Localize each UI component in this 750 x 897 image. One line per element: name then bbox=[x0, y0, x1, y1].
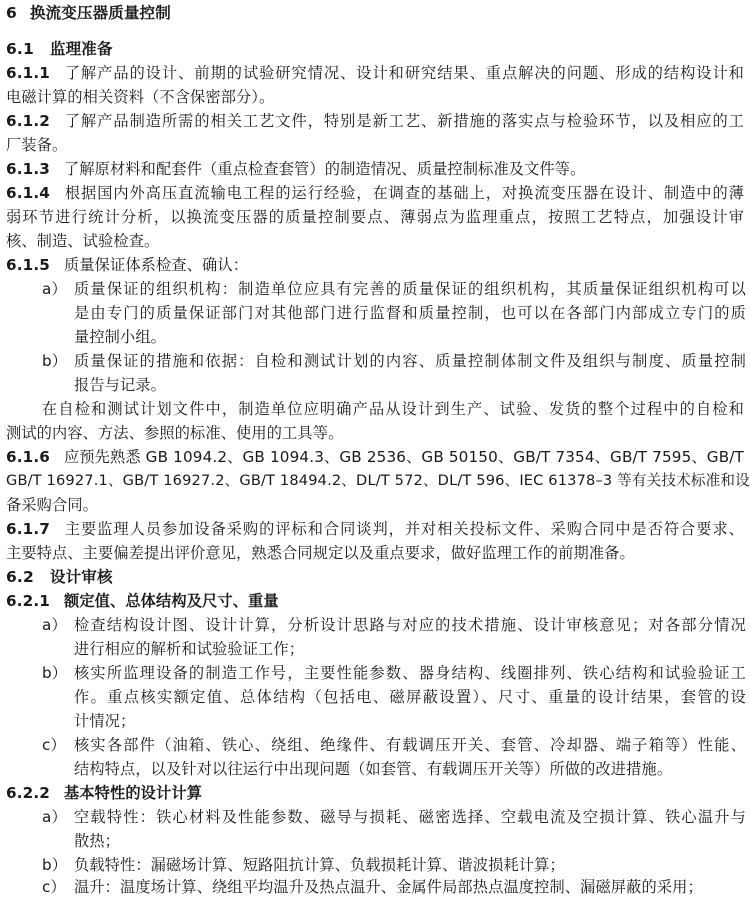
clause-6-2-1-heading: 6.2.1额定值、总体结构及尺寸、重量 bbox=[6, 590, 744, 612]
clause-number: 6.1.6 bbox=[6, 446, 64, 468]
section-number: 6 bbox=[6, 2, 30, 24]
clause-6-1-4-line-2: 弱环节进行统计分析，以换流变压器的质量控制要点、薄弱点为监理重点，按照工艺特点，… bbox=[6, 206, 744, 228]
list-label: b） bbox=[42, 662, 72, 684]
clause-6-1-2-line-1: 6.1.2了解产品制造所需的相关工艺文件，特别是新工艺、新措施的落实点与检验环节… bbox=[6, 110, 744, 132]
paragraph-line-2: 测试的内容、方法、参照的标准、使用的工具等。 bbox=[6, 422, 744, 444]
clause-number: 6.1.1 bbox=[6, 62, 64, 84]
clause-number: 6.1.7 bbox=[6, 518, 64, 540]
list-label: a） bbox=[42, 806, 72, 828]
clause-number: 6.2.1 bbox=[6, 590, 64, 612]
clause-text: 质量保证体系检查、确认： bbox=[64, 256, 248, 274]
list-item-a-line-2: 散热； bbox=[74, 830, 746, 852]
list-item-a-line-3: 量控制小组。 bbox=[74, 326, 746, 348]
list-label: c） bbox=[42, 734, 72, 756]
list-item-b-line-2: 作。重点核实额定值、总体结构（包括电、磁屏蔽设置）、尺寸、重量的设计结果，套管的… bbox=[74, 686, 746, 708]
clause-text: 根据国内外高压直流输电工程的运行经验，在调查的基础上，对换流变压器在设计、制造中… bbox=[64, 184, 744, 202]
clause-6-1-2-line-2: 厂装备。 bbox=[6, 134, 744, 156]
clause-6-1-6-line-2: GB/T 16927.1、GB/T 16927.2、GB/T 18494.2、D… bbox=[6, 470, 744, 492]
section-title: 监理准备 bbox=[50, 40, 113, 58]
clause-text: 主要监理人员参加设备采购的评标和合同谈判，并对相关投标文件、采购合同中是否符合要… bbox=[64, 520, 744, 538]
clause-6-1-1-line-2: 电磁计算的相关资料（不含保密部分）。 bbox=[6, 86, 744, 108]
list-item-b-line-1: 核实所监理设备的制造工作号，主要性能参数、器身结构、线圈排列、铁心结构和试验验证… bbox=[74, 662, 746, 684]
clause-6-1-7-line-2: 主要特点、主要偏差提出评价意见，熟悉合同规定以及重点要求，做好监理工作的前期准备… bbox=[6, 542, 744, 564]
clause-text: 应预先熟悉 GB 1094.2、GB 1094.3、GB 2536、GB 501… bbox=[64, 448, 750, 466]
clause-text: 了解原材料和配套件（重点检查套管）的制造情况、质量控制标准及文件等。 bbox=[64, 160, 585, 178]
list-label: b） bbox=[42, 350, 72, 372]
section-6-heading: 6换流变压器质量控制 bbox=[6, 2, 744, 24]
clause-6-1-3-line-1: 6.1.3了解原材料和配套件（重点检查套管）的制造情况、质量控制标准及文件等。 bbox=[6, 158, 744, 180]
clause-6-1-5-heading: 6.1.5质量保证体系检查、确认： bbox=[6, 254, 744, 276]
list-item-a-line-1: 质量保证的组织机构：制造单位应具有完善的质量保证的组织机构，其质量保证组织机构可… bbox=[74, 278, 746, 300]
clause-6-1-4-line-1: 6.1.4根据国内外高压直流输电工程的运行经验，在调查的基础上，对换流变压器在设… bbox=[6, 182, 744, 204]
clause-title: 额定值、总体结构及尺寸、重量 bbox=[64, 592, 279, 610]
clause-title: 基本特性的设计计算 bbox=[64, 784, 202, 802]
list-item-c-line-2: 结构特点，以及针对以往运行中出现问题（如套管、有载调压开关等）所做的改进措施。 bbox=[74, 758, 746, 780]
section-6-2-heading: 6.2设计审核 bbox=[6, 566, 744, 588]
section-6-1-heading: 6.1监理准备 bbox=[6, 38, 744, 60]
list-item-a-line-2: 是由专门的质量保证部门对其他部门进行监督和质量控制，也可以在各部门内部成立专门的… bbox=[74, 302, 746, 324]
list-item-b-line-3: 计情况； bbox=[74, 710, 746, 732]
list-item-c-line-1: 温升：温度场计算、绕组平均温升及热点温升、金属件局部热点温度控制、漏磁屏蔽的采用… bbox=[74, 876, 746, 897]
list-item-b-line-2: 报告与记录。 bbox=[74, 374, 746, 396]
clause-number: 6.2.2 bbox=[6, 782, 64, 804]
list-item-a-line-1: 空载特性：铁心材料及性能参数、磁导与损耗、磁密选择、空载电流及空损计算、铁心温升… bbox=[74, 806, 746, 828]
list-item-b-line-1: 质量保证的措施和依据：自检和测试计划的内容、质量控制体制文件及组织与制度、质量控… bbox=[74, 350, 746, 372]
clause-number: 6.1.4 bbox=[6, 182, 64, 204]
list-label: b） bbox=[42, 854, 72, 876]
list-item-c-line-1: 核实各部件（油箱、铁心、绕组、绝缘件、有载调压开关、套管、冷却器、端子箱等）性能… bbox=[74, 734, 746, 756]
clause-number: 6.1.5 bbox=[6, 254, 64, 276]
section-title: 换流变压器质量控制 bbox=[30, 4, 171, 22]
paragraph-line-1: 在自检和测试计划文件中，制造单位应明确产品从设计到生产、试验、发货的整个过程中的… bbox=[42, 398, 744, 420]
clause-6-1-4-line-3: 核、制造、试验检查。 bbox=[6, 230, 744, 252]
list-label: a） bbox=[42, 278, 72, 300]
list-item-b-line-1: 负载特性：漏磁场计算、短路阻抗计算、负载损耗计算、谐波损耗计算； bbox=[74, 854, 746, 876]
clause-number: 6.1.2 bbox=[6, 110, 64, 132]
clause-6-1-6-line-1: 6.1.6应预先熟悉 GB 1094.2、GB 1094.3、GB 2536、G… bbox=[6, 446, 744, 468]
clause-number: 6.1.3 bbox=[6, 158, 64, 180]
list-item-a-line-2: 进行相应的解析和试验验证工作； bbox=[74, 638, 746, 660]
clause-6-1-7-line-1: 6.1.7主要监理人员参加设备采购的评标和合同谈判，并对相关投标文件、采购合同中… bbox=[6, 518, 744, 540]
section-number: 6.1 bbox=[6, 38, 50, 60]
list-label: c） bbox=[42, 876, 72, 897]
clause-6-1-1-line-1: 6.1.1了解产品的设计、前期的试验研究情况、设计和研究结果、重点解决的问题、形… bbox=[6, 62, 744, 84]
clause-text: 了解产品制造所需的相关工艺文件，特别是新工艺、新措施的落实点与检验环节，以及相应… bbox=[64, 112, 744, 130]
list-item-a-line-1: 检查结构设计图、设计计算，分析设计思路与对应的技术措施、设计审核意见；对各部分情… bbox=[74, 614, 746, 636]
section-number: 6.2 bbox=[6, 566, 50, 588]
clause-6-1-6-line-3: 备采购合同。 bbox=[6, 494, 744, 516]
list-label: a） bbox=[42, 614, 72, 636]
section-title: 设计审核 bbox=[50, 568, 113, 586]
clause-text: 了解产品的设计、前期的试验研究情况、设计和研究结果、重点解决的问题、形成的结构设… bbox=[64, 64, 744, 82]
clause-6-2-2-heading: 6.2.2基本特性的设计计算 bbox=[6, 782, 744, 804]
